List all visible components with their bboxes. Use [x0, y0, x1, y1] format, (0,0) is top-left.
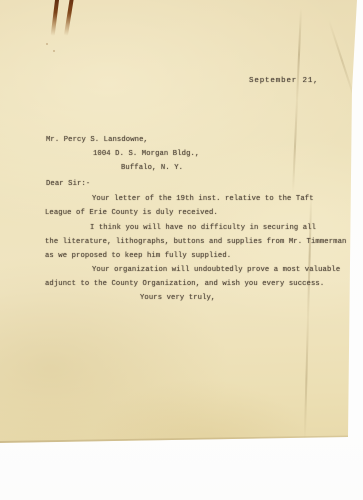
closing-line: Yours very truly, [140, 294, 215, 302]
body-line: I think you will have no difficulty in s… [90, 224, 316, 232]
letter-date: September 21, [249, 77, 319, 85]
recipient-address-line2: Buffalo, N. Y. [121, 164, 183, 172]
scan-background: September 21, Mr. Percy S. Lansdowne, 10… [0, 0, 363, 500]
body-line: Your letter of the 19th inst. relative t… [92, 195, 314, 203]
body-line: League of Erie County is duly received. [45, 209, 218, 217]
typewritten-letter: September 21, Mr. Percy S. Lansdowne, 10… [0, 0, 363, 460]
body-line: adjunct to the County Organization, and … [45, 280, 324, 288]
recipient-name: Mr. Percy S. Lansdowne, [46, 136, 148, 144]
letter-paper: September 21, Mr. Percy S. Lansdowne, 10… [0, 0, 363, 460]
body-line: the literature, lithographs, buttons and… [45, 238, 346, 246]
salutation: Dear Sir:- [46, 180, 90, 188]
recipient-address-line1: 1004 D. S. Morgan Bldg., [93, 150, 199, 158]
body-line: as we proposed to keep him fully supplie… [45, 252, 231, 260]
body-line: Your organization will undoubtedly prove… [92, 266, 340, 274]
